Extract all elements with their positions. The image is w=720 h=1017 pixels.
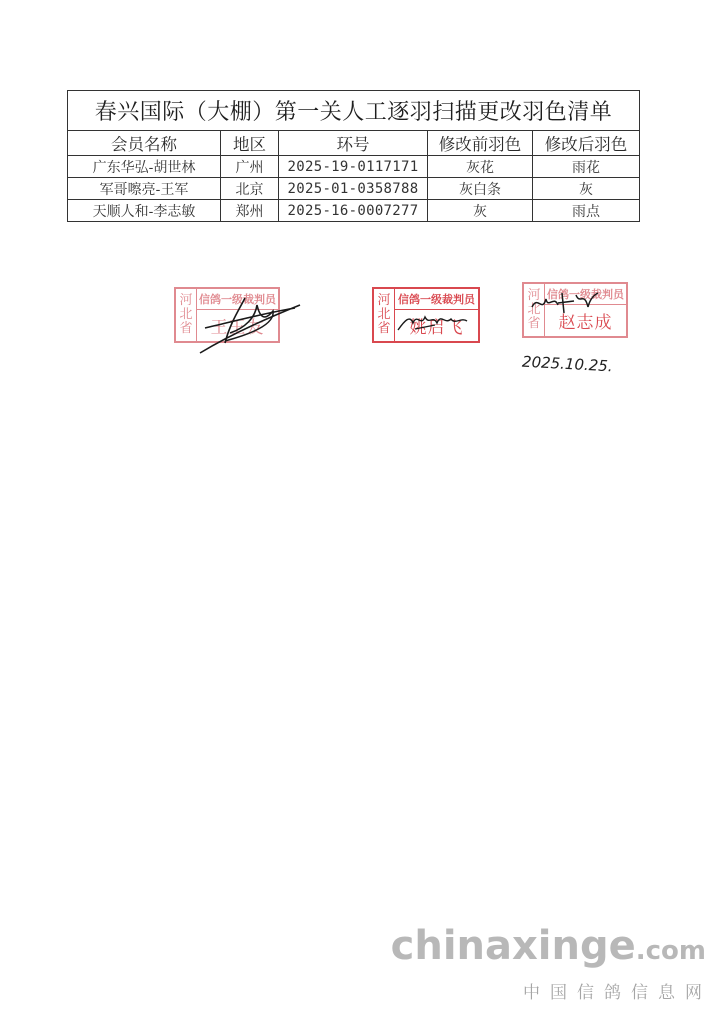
watermark-site: chinaxinge.com [391, 925, 706, 972]
cell-region: 郑州 [221, 200, 279, 222]
stamp-province: 河 北 省 [176, 289, 197, 341]
cell-ring: 2025-16-0007277 [279, 200, 428, 222]
referee-stamp-1: 河 北 省 信鸽一级裁判员 王王友 [174, 287, 280, 343]
signature-date: 2025.10.25. [522, 353, 613, 376]
cell-ring: 2025-19-0117171 [279, 156, 428, 178]
cell-after: 雨点 [533, 200, 640, 222]
stamp-province: 河 北 省 [524, 284, 545, 336]
cell-after: 雨花 [533, 156, 640, 178]
table-header: 会员名称 地区 环号 修改前羽色 修改后羽色 [68, 131, 640, 156]
cell-ring: 2025-01-0358788 [279, 178, 428, 200]
cell-after: 灰 [533, 178, 640, 200]
watermark: chinaxinge.com 中国信鸽信息网 [391, 925, 706, 1003]
cell-before: 灰花 [428, 156, 533, 178]
cell-member: 军哥嚓亮-王军 [68, 178, 221, 200]
header-region: 地区 [221, 131, 279, 156]
stamp-rank: 信鸽一级裁判员 [197, 289, 278, 310]
header-member: 会员名称 [68, 131, 221, 156]
stamp-name: 王王友 [197, 310, 278, 341]
stamp-province: 河 北 省 [374, 289, 395, 341]
table-row: 天顺人和-李志敏 郑州 2025-16-0007277 灰 雨点 [68, 200, 640, 222]
stamp-rank: 信鸽一级裁判员 [395, 289, 478, 310]
cell-member: 天顺人和-李志敏 [68, 200, 221, 222]
referee-stamp-3: 河 北 省 信鸽一级裁判员 赵志成 [522, 282, 628, 338]
header-ring: 环号 [279, 131, 428, 156]
stamp-name: 赵志成 [545, 305, 626, 336]
stamp-name: 姚启飞 [395, 310, 478, 341]
document-title: 春兴国际（大棚）第一关人工逐羽扫描更改羽色清单 [68, 91, 640, 131]
table-row: 广东华弘-胡世林 广州 2025-19-0117171 灰花 雨花 [68, 156, 640, 178]
table-row: 军哥嚓亮-王军 北京 2025-01-0358788 灰白条 灰 [68, 178, 640, 200]
cell-before: 灰 [428, 200, 533, 222]
referee-stamp-2: 河 北 省 信鸽一级裁判员 姚启飞 [372, 287, 480, 343]
cell-member: 广东华弘-胡世林 [68, 156, 221, 178]
cell-region: 广州 [221, 156, 279, 178]
cell-before: 灰白条 [428, 178, 533, 200]
header-after: 修改后羽色 [533, 131, 640, 156]
watermark-cn: 中国信鸽信息网 [391, 978, 712, 1003]
cell-region: 北京 [221, 178, 279, 200]
header-before: 修改前羽色 [428, 131, 533, 156]
stamp-rank: 信鸽一级裁判员 [545, 284, 626, 305]
color-change-table: 春兴国际（大棚）第一关人工逐羽扫描更改羽色清单 会员名称 地区 环号 修改前羽色… [67, 90, 640, 222]
